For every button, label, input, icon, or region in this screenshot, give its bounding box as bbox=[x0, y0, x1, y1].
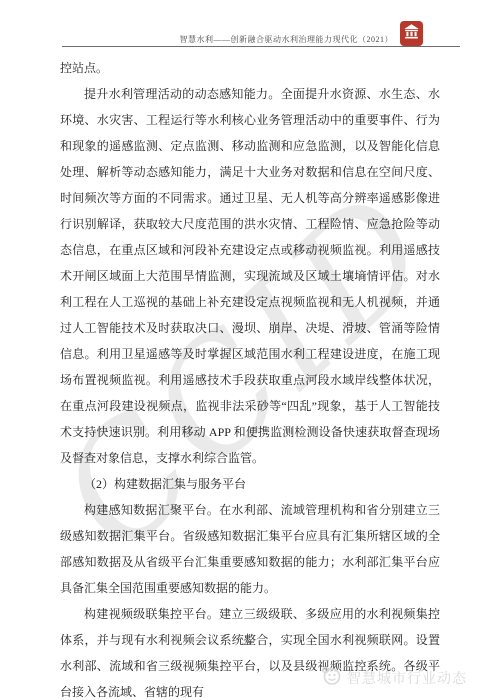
paragraph-dynamic-perception: 提升水利管理活动的动态感知能力。全面提升水资源、水生态、水环境、水灾害、工程运行… bbox=[60, 81, 440, 471]
paragraph-data-aggregation-platform: 构建感知数据汇聚平台。在水利部、流域管理机构和省分别建立三级感知数据汇集平台。省… bbox=[60, 497, 440, 601]
header-divider bbox=[62, 46, 460, 47]
page-header-title: 智慧水利——创新融合驱动水利治理能力现代化（2021） bbox=[0, 34, 393, 45]
section-heading-data-platform: （2）构建数据汇集与服务平台 bbox=[60, 471, 440, 497]
footer-brand-label: 智慧城市行业动态 bbox=[347, 668, 467, 688]
ccid-logo bbox=[400, 21, 423, 46]
page-number: 29 bbox=[0, 637, 495, 647]
document-page: CCID 智慧水利——创新融合驱动水利治理能力现代化（2021） 控站点。 提升… bbox=[0, 0, 495, 700]
panda-face-icon bbox=[320, 664, 342, 691]
document-body: 控站点。 提升水利管理活动的动态感知能力。全面提升水资源、水生态、水环境、水灾害… bbox=[60, 55, 440, 700]
paragraph-continuation: 控站点。 bbox=[60, 55, 440, 81]
building-icon bbox=[403, 23, 420, 45]
footer-brand: 智慧城市行业动态 bbox=[320, 664, 467, 691]
